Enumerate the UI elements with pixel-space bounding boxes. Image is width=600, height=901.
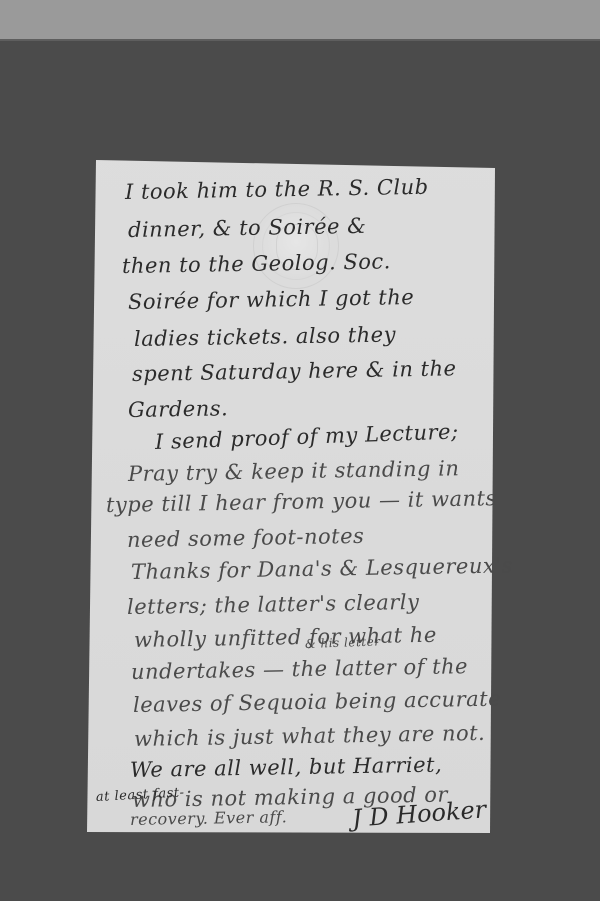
letter-line: recovery. Ever aff. xyxy=(130,807,288,829)
letter-line: letters; the latter's clearly xyxy=(127,590,420,619)
letter-line: ladies tickets. also they xyxy=(134,322,396,351)
letter-line: dinner, & to Soirée & xyxy=(128,214,367,242)
top-background-strip xyxy=(0,0,600,39)
letter-line: then to the Geolog. Soc. xyxy=(122,249,391,278)
letter-line: Soirée for which I got the xyxy=(128,285,415,314)
letter-line: need some foot-notes xyxy=(127,524,365,552)
interlinear-note: & his letter xyxy=(305,634,381,651)
letter-line: Gardens. xyxy=(128,396,229,422)
